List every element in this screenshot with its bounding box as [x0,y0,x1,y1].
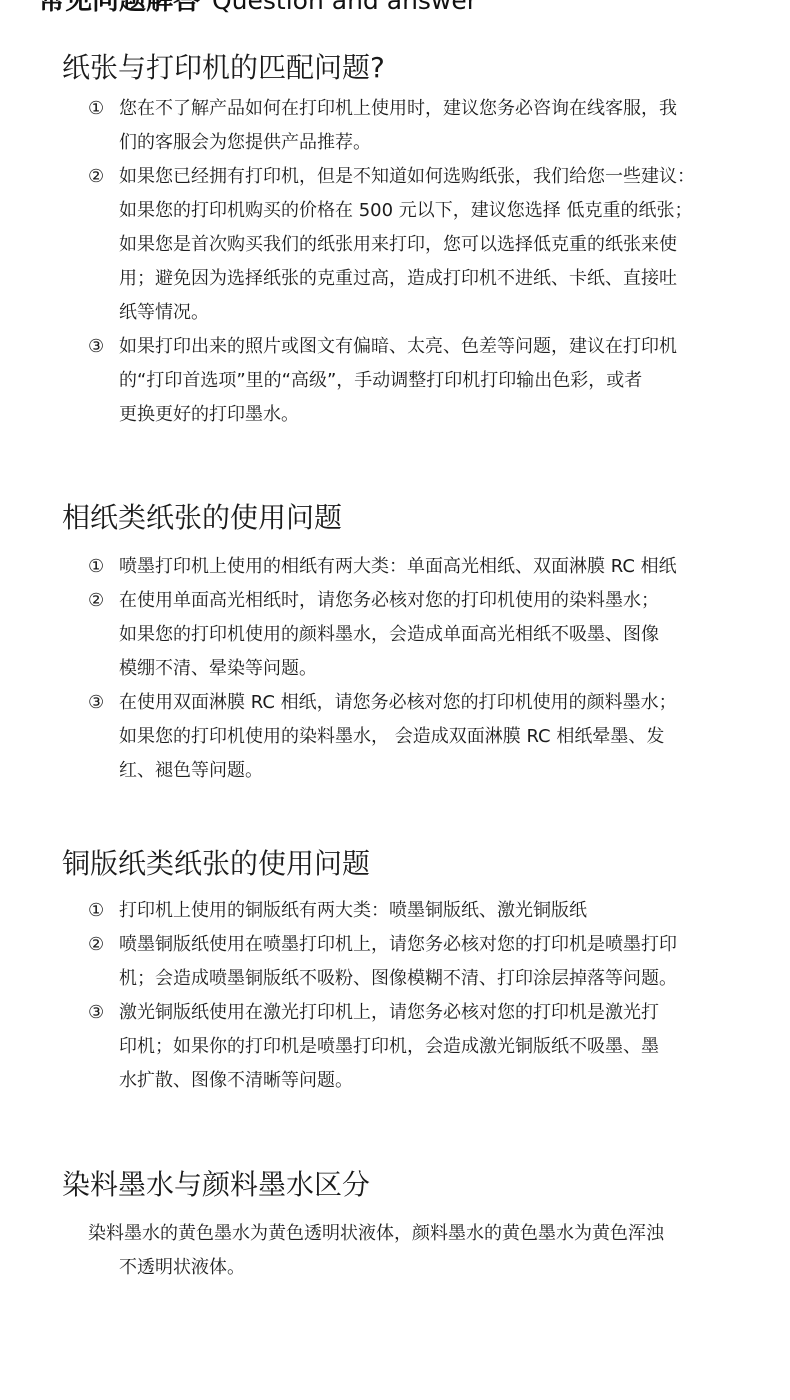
item-line: 如果您的打印机使用的颜料墨水，会造成单面高光相纸不吸墨、图像 [119,618,739,652]
item-number: ③ [88,996,104,1030]
list-item: ① 打印机上使用的铜版纸有两大类：喷墨铜版纸、激光铜版纸 [62,894,739,928]
list-item: ② 如果您已经拥有打印机，但是不知道如何选购纸张，我们给您一些建议： 如果您的打… [62,160,739,330]
page-title-cn: 常见问题解答 [38,0,200,16]
section-title: 铜版纸类纸张的使用问题 [62,844,752,884]
item-number: ① [88,894,104,928]
item-line: 模绷不清、晕染等问题。 [119,652,739,686]
item-line: 更换更好的打印墨水。 [119,398,739,432]
section-photo-paper: 相纸类纸张的使用问题 ① 喷墨打印机上使用的相纸有两大类：单面高光相纸、双面淋膜… [62,498,752,788]
item-number: ① [88,550,104,584]
item-line: 如果您的打印机购买的价格在 500 元以下，建议您选择 低克重的纸张； [119,194,739,228]
list-item: ① 您在不了解产品如何在打印机上使用时，建议您务必咨询在线客服，我 们的客服会为… [62,92,739,160]
section-paper-printer-matching: 纸张与打印机的匹配问题? ① 您在不了解产品如何在打印机上使用时，建议您务必咨询… [62,48,752,432]
item-line: 如果打印出来的照片或图文有偏暗、太亮、色差等问题，建议在打印机 [119,330,739,364]
item-number: ① [88,92,104,126]
item-line: 水扩散、图像不清晰等问题。 [119,1064,739,1098]
list-item: ③ 如果打印出来的照片或图文有偏暗、太亮、色差等问题，建议在打印机 的“打印首选… [62,330,739,432]
item-number: ② [88,928,104,962]
list-item: ② 喷墨铜版纸使用在喷墨打印机上，请您务必核对您的打印机是喷墨打印 机；会造成喷… [62,928,739,996]
item-line: 机；会造成喷墨铜版纸不吸粉、图像模糊不清、打印涂层掉落等问题。 [119,962,739,996]
item-number: ② [88,160,104,194]
section-coated-paper: 铜版纸类纸张的使用问题 ① 打印机上使用的铜版纸有两大类：喷墨铜版纸、激光铜版纸… [62,844,752,1098]
section-title: 纸张与打印机的匹配问题? [62,48,752,88]
page-title-en: Question and answer [212,0,477,15]
item-line: 在使用单面高光相纸时，请您务必核对您的打印机使用的染料墨水； [119,584,739,618]
item-line: 纸等情况。 [119,296,739,330]
item-line: 喷墨铜版纸使用在喷墨打印机上，请您务必核对您的打印机是喷墨打印 [119,928,739,962]
paragraph-line: 不透明状液体。 [88,1251,738,1285]
item-line: 的“打印首选项”里的“高级”，手动调整打印机打印输出色彩，或者 [119,364,739,398]
list-item: ② 在使用单面高光相纸时，请您务必核对您的打印机使用的染料墨水； 如果您的打印机… [62,584,739,686]
item-line: 打印机上使用的铜版纸有两大类：喷墨铜版纸、激光铜版纸 [119,894,739,928]
section-paragraph: 染料墨水的黄色墨水为黄色透明状液体，颜料墨水的黄色墨水为黄色浑浊 不透明状液体。 [62,1217,738,1285]
item-line: 们的客服会为您提供产品推荐。 [119,126,739,160]
item-number: ③ [88,686,104,720]
item-line: 如果您已经拥有打印机，但是不知道如何选购纸张，我们给您一些建议： [119,160,739,194]
item-line: 喷墨打印机上使用的相纸有两大类：单面高光相纸、双面淋膜 RC 相纸 [119,550,739,584]
item-line: 激光铜版纸使用在激光打印机上，请您务必核对您的打印机是激光打 [119,996,739,1030]
list-item: ③ 在使用双面淋膜 RC 相纸，请您务必核对您的打印机使用的颜料墨水； 如果您的… [62,686,739,788]
section-title: 染料墨水与颜料墨水区分 [62,1165,752,1205]
list-item: ③ 激光铜版纸使用在激光打印机上，请您务必核对您的打印机是激光打 印机；如果你的… [62,996,739,1098]
item-number: ③ [88,330,104,364]
item-line: 您在不了解产品如何在打印机上使用时，建议您务必咨询在线客服，我 [119,92,739,126]
item-line: 在使用双面淋膜 RC 相纸，请您务必核对您的打印机使用的颜料墨水； [119,686,739,720]
item-line: 红、褪色等问题。 [119,754,739,788]
paragraph-line: 染料墨水的黄色墨水为黄色透明状液体，颜料墨水的黄色墨水为黄色浑浊 [88,1223,664,1244]
item-line: 用；避免因为选择纸张的克重过高，造成打印机不进纸、卡纸、直接吐 [119,262,739,296]
item-line: 如果您的打印机使用的染料墨水， 会造成双面淋膜 RC 相纸晕墨、发 [119,720,739,754]
item-number: ② [88,584,104,618]
page-title: 常见问题解答Question and answer [38,0,477,16]
section-title: 相纸类纸张的使用问题 [62,498,752,538]
item-line: 如果您是首次购买我们的纸张用来打印，您可以选择低克重的纸张来使 [119,228,739,262]
section-dye-vs-pigment-ink: 染料墨水与颜料墨水区分 染料墨水的黄色墨水为黄色透明状液体，颜料墨水的黄色墨水为… [62,1165,752,1285]
list-item: ① 喷墨打印机上使用的相纸有两大类：单面高光相纸、双面淋膜 RC 相纸 [62,550,739,584]
item-line: 印机；如果你的打印机是喷墨打印机，会造成激光铜版纸不吸墨、墨 [119,1030,739,1064]
